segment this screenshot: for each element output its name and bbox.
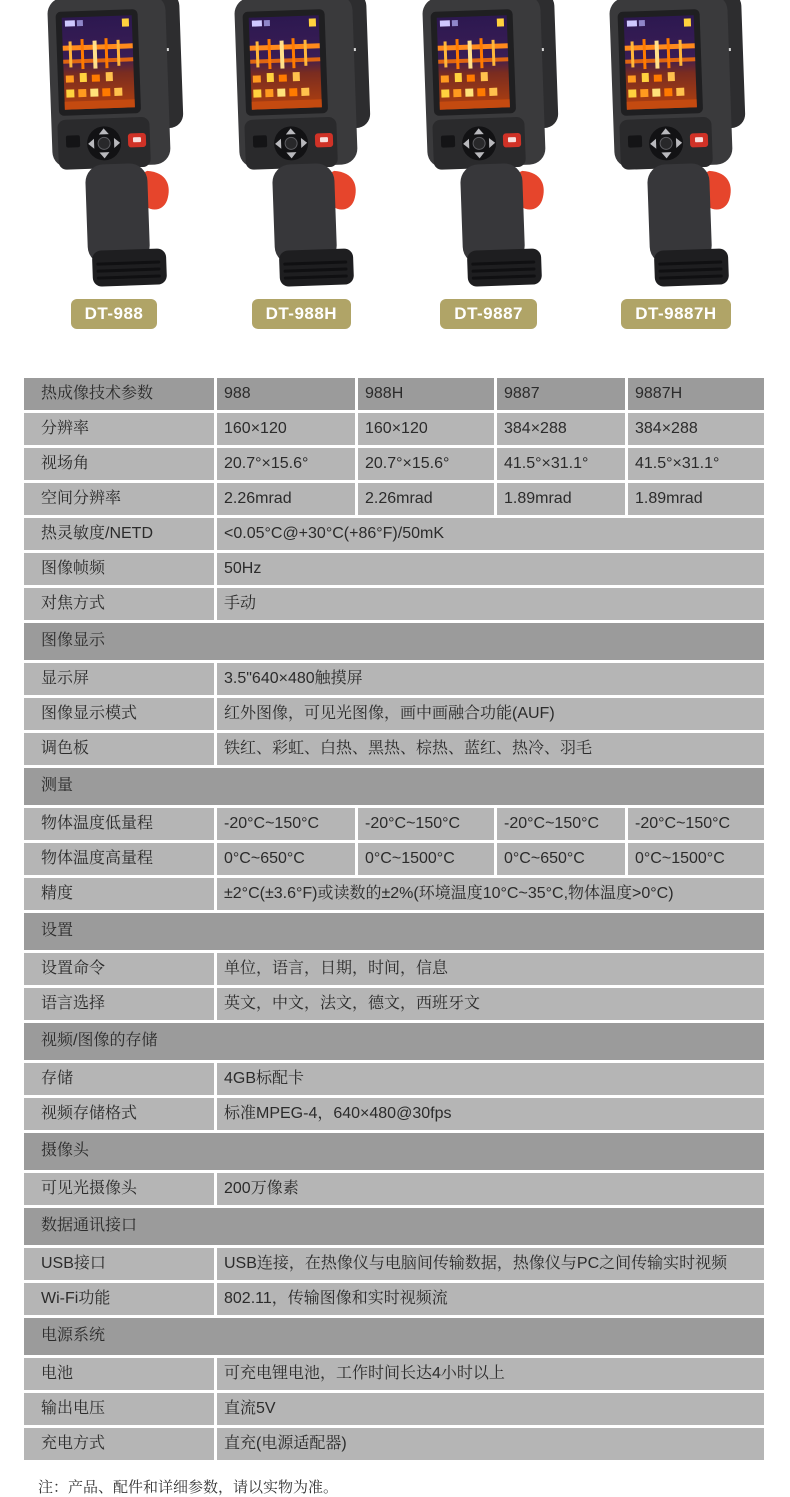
spec-value: 0°C~650°C <box>497 843 625 875</box>
spec-table: 热成像技术参数988988H98879887H分辨率160×120160×120… <box>21 375 767 1463</box>
thermal-camera-photo <box>596 0 756 290</box>
spec-value: 2.26mrad <box>358 483 494 515</box>
spec-value: 1.89mrad <box>497 483 625 515</box>
section-label: 摄像头 <box>24 1133 764 1170</box>
spec-label: 分辨率 <box>24 413 214 445</box>
spec-value: -20°C~150°C <box>497 808 625 840</box>
spec-value: -20°C~150°C <box>358 808 494 840</box>
spec-value: 200万像素 <box>217 1173 764 1205</box>
spec-row: 数据通讯接口 <box>24 1208 764 1245</box>
section-label: 设置 <box>24 913 764 950</box>
spec-label: 精度 <box>24 878 214 910</box>
section-label: 电源系统 <box>24 1318 764 1355</box>
spec-label: 电池 <box>24 1358 214 1390</box>
spec-row: 图像帧频50Hz <box>24 553 764 585</box>
spec-value: 手动 <box>217 588 764 620</box>
spec-value: -20°C~150°C <box>217 808 355 840</box>
spec-label: 可见光摄像头 <box>24 1173 214 1205</box>
footnote: 注：产品、配件和详细参数，请以实物为准。 <box>38 1476 790 1497</box>
spec-value: 160×120 <box>358 413 494 445</box>
spec-value: 0°C~650°C <box>217 843 355 875</box>
spec-row: 图像显示模式红外图像，可见光图像，画中画融合功能(AUF) <box>24 698 764 730</box>
spec-label: 图像帧频 <box>24 553 214 585</box>
model-badge: DT-988 <box>71 299 158 329</box>
spec-label: 存储 <box>24 1063 214 1095</box>
spec-header-label: 热成像技术参数 <box>24 378 214 410</box>
section-label: 数据通讯接口 <box>24 1208 764 1245</box>
spec-row: 电池可充电锂电池，工作时间长达4小时以上 <box>24 1358 764 1390</box>
product-dt-9887h: DT-9887H <box>590 0 762 329</box>
spec-label: Wi-Fi功能 <box>24 1283 214 1315</box>
spec-value: 41.5°×31.1° <box>497 448 625 480</box>
spec-label: 设置命令 <box>24 953 214 985</box>
spec-row: 语言选择英文，中文，法文，德文，西班牙文 <box>24 988 764 1020</box>
spec-row: 视频/图像的存储 <box>24 1023 764 1060</box>
spec-row: 可见光摄像头200万像素 <box>24 1173 764 1205</box>
spec-label: 视场角 <box>24 448 214 480</box>
spec-row: 视频存储格式标准MPEG-4，640×480@30fps <box>24 1098 764 1130</box>
spec-row: 热灵敏度/NETD<0.05°C@+30°C(+86°F)/50mK <box>24 518 764 550</box>
spec-value: 直充(电源适配器) <box>217 1428 764 1460</box>
thermal-camera-photo <box>409 0 569 290</box>
spec-row: 物体温度高量程0°C~650°C0°C~1500°C0°C~650°C0°C~1… <box>24 843 764 875</box>
spec-header-row: 热成像技术参数988988H98879887H <box>24 378 764 410</box>
spec-label: 显示屏 <box>24 663 214 695</box>
spec-value: 可充电锂电池，工作时间长达4小时以上 <box>217 1358 764 1390</box>
product-dt-988: DT-988 <box>28 0 200 329</box>
spec-label: 充电方式 <box>24 1428 214 1460</box>
spec-row: 对焦方式手动 <box>24 588 764 620</box>
spec-value: 单位，语言，日期，时间，信息 <box>217 953 764 985</box>
spec-row: Wi-Fi功能802.11，传输图像和实时视频流 <box>24 1283 764 1315</box>
section-label: 测量 <box>24 768 764 805</box>
spec-label: 空间分辨率 <box>24 483 214 515</box>
spec-value: ±2°C(±3.6°F)或读数的±2%(环境温度10°C~35°C,物体温度>0… <box>217 878 764 910</box>
thermal-camera-photo <box>34 0 194 290</box>
spec-row: 设置 <box>24 913 764 950</box>
product-dt-988h: DT-988H <box>215 0 387 329</box>
spec-value: 0°C~1500°C <box>628 843 764 875</box>
spec-value: 384×288 <box>628 413 764 445</box>
spec-label: 对焦方式 <box>24 588 214 620</box>
spec-row: 设置命令单位，语言，日期，时间，信息 <box>24 953 764 985</box>
spec-header-col: 9887H <box>628 378 764 410</box>
spec-value: 20.7°×15.6° <box>358 448 494 480</box>
spec-value: 红外图像，可见光图像，画中画融合功能(AUF) <box>217 698 764 730</box>
product-dt-9887: DT-9887 <box>403 0 575 329</box>
spec-header-col: 988 <box>217 378 355 410</box>
spec-header-col: 988H <box>358 378 494 410</box>
spec-value: 41.5°×31.1° <box>628 448 764 480</box>
spec-value: 50Hz <box>217 553 764 585</box>
spec-value: 英文，中文，法文，德文，西班牙文 <box>217 988 764 1020</box>
spec-row: USB接口USB连接，在热像仪与电脑间传输数据，热像仪与PC之间传输实时视频 <box>24 1248 764 1280</box>
model-badge: DT-988H <box>252 299 352 329</box>
spec-value: 直流5V <box>217 1393 764 1425</box>
spec-value: 1.89mrad <box>628 483 764 515</box>
product-gallery: DT-988 DT-988H DT-9887 DT-9887H <box>0 0 790 329</box>
spec-row: 图像显示 <box>24 623 764 660</box>
spec-value: 20.7°×15.6° <box>217 448 355 480</box>
spec-value: 160×120 <box>217 413 355 445</box>
thermal-camera-photo <box>221 0 381 290</box>
model-badge: DT-9887H <box>621 299 730 329</box>
spec-label: 视频存储格式 <box>24 1098 214 1130</box>
spec-value: 4GB标配卡 <box>217 1063 764 1095</box>
spec-row: 电源系统 <box>24 1318 764 1355</box>
spec-row: 显示屏3.5"640×480触摸屏 <box>24 663 764 695</box>
spec-row: 精度±2°C(±3.6°F)或读数的±2%(环境温度10°C~35°C,物体温度… <box>24 878 764 910</box>
spec-value: 0°C~1500°C <box>358 843 494 875</box>
spec-label: 物体温度低量程 <box>24 808 214 840</box>
spec-row: 分辨率160×120160×120384×288384×288 <box>24 413 764 445</box>
section-label: 图像显示 <box>24 623 764 660</box>
spec-label: 图像显示模式 <box>24 698 214 730</box>
spec-row: 测量 <box>24 768 764 805</box>
spec-value: 802.11，传输图像和实时视频流 <box>217 1283 764 1315</box>
spec-header-col: 9887 <box>497 378 625 410</box>
spec-value: 2.26mrad <box>217 483 355 515</box>
spec-row: 视场角20.7°×15.6°20.7°×15.6°41.5°×31.1°41.5… <box>24 448 764 480</box>
spec-row: 空间分辨率2.26mrad2.26mrad1.89mrad1.89mrad <box>24 483 764 515</box>
spec-label: 语言选择 <box>24 988 214 1020</box>
spec-row: 充电方式直充(电源适配器) <box>24 1428 764 1460</box>
spec-row: 输出电压直流5V <box>24 1393 764 1425</box>
spec-label: 物体温度高量程 <box>24 843 214 875</box>
spec-row: 摄像头 <box>24 1133 764 1170</box>
model-badge: DT-9887 <box>440 299 537 329</box>
spec-label: 热灵敏度/NETD <box>24 518 214 550</box>
spec-label: 调色板 <box>24 733 214 765</box>
spec-row: 存储4GB标配卡 <box>24 1063 764 1095</box>
spec-value: <0.05°C@+30°C(+86°F)/50mK <box>217 518 764 550</box>
spec-value: -20°C~150°C <box>628 808 764 840</box>
spec-value: 384×288 <box>497 413 625 445</box>
spec-value: USB连接，在热像仪与电脑间传输数据，热像仪与PC之间传输实时视频 <box>217 1248 764 1280</box>
spec-row: 物体温度低量程-20°C~150°C-20°C~150°C-20°C~150°C… <box>24 808 764 840</box>
spec-row: 调色板铁红、彩虹、白热、黑热、棕热、蓝红、热冷、羽毛 <box>24 733 764 765</box>
spec-value: 标准MPEG-4，640×480@30fps <box>217 1098 764 1130</box>
spec-label: USB接口 <box>24 1248 214 1280</box>
spec-value: 铁红、彩虹、白热、黑热、棕热、蓝红、热冷、羽毛 <box>217 733 764 765</box>
spec-value: 3.5"640×480触摸屏 <box>217 663 764 695</box>
section-label: 视频/图像的存储 <box>24 1023 764 1060</box>
spec-label: 输出电压 <box>24 1393 214 1425</box>
